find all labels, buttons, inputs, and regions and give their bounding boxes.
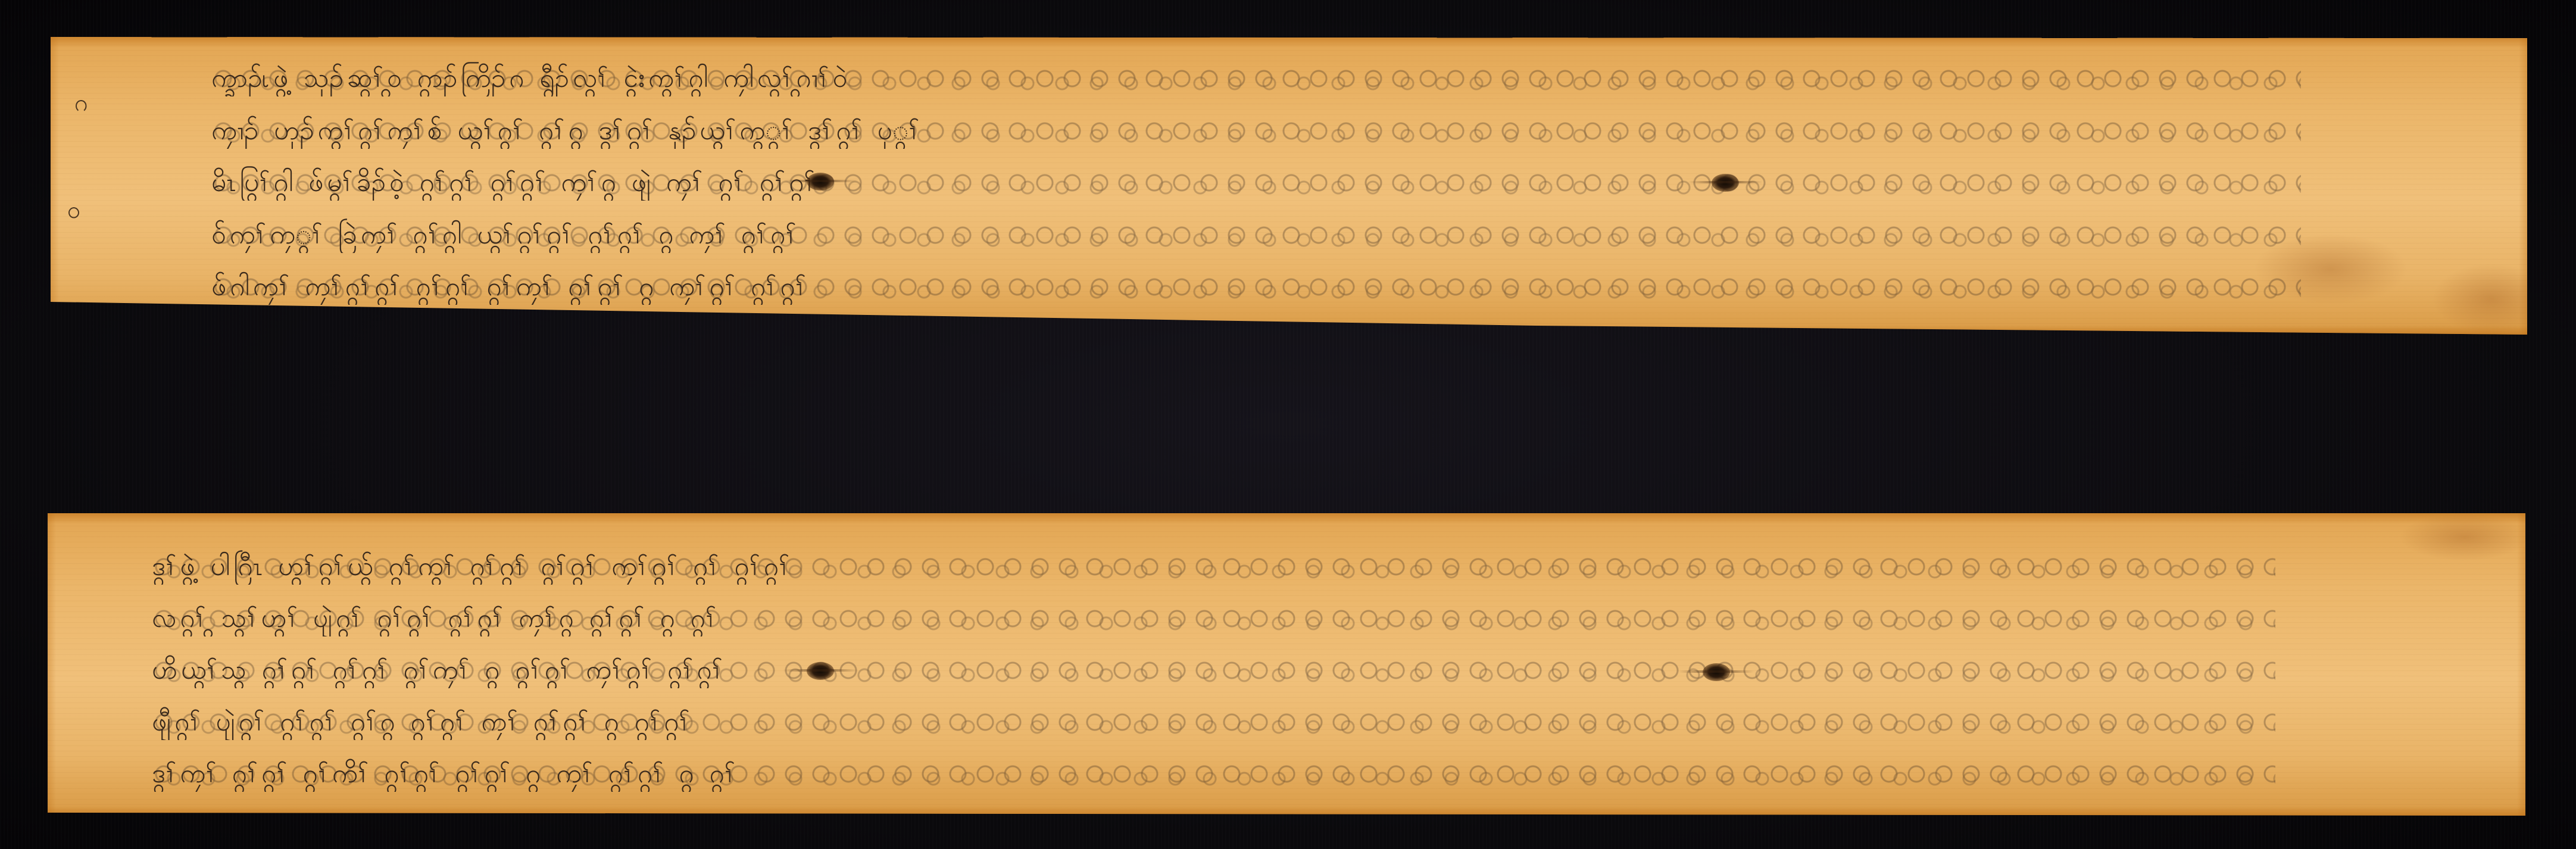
manuscript-line: ကၠၢၣ် ဟုၣ်ကွၢ်ဂ္ဂၢ်ကၠၢ်စ် ယ္ဂၢ်ဂွၢ် ဂ္ဂၢ… <box>211 113 2301 149</box>
manuscript-line: ဖ်ဂါကၠၢ် ကၠၢ်ဂ္ဂၢ်ဂွၢ် ဂ္ဂၢ်ဂ္ဂၢ် ဂ္ဂၢ်က… <box>211 269 2301 305</box>
string-hole-left <box>807 173 834 191</box>
manuscript-line: ဝ်ကၠၢ်ကၠွၢ် ခြဲကၠၢ် ဂ္ဂၢ်ဂ္ဂါ ယ္ဂၢ်ဂွၢ်ဂ… <box>211 217 2301 253</box>
manuscript-line: ဒ္ဂၢ်ကၠၢ် ဂ္ဂၢ်ဂ္ဂၢ် ဂ္ဂၢ်ကိၢ် ဂ္ဂၢ်ဂ္ဂၢ… <box>152 756 2275 792</box>
string-hole-right <box>1712 174 1739 192</box>
leaf-stain <box>2432 263 2527 335</box>
palm-leaf-top: ဂ ဝ က္ခာၣ်ၬဖွဲ့ သုၣ်ဆ္ဂွၢ်ဝ ဂ္ဂာၣ်ကြိၣ်ဂ… <box>51 37 2527 335</box>
manuscript-line: မိၤပြွၢ်ဂ္ဂါ ဖ်မ္ဂၢ်ခိၣ်ဝဲ့ ဂ္ဂၢ်ဂ္ဂၢ် ဂ… <box>211 165 2301 201</box>
string-hole-left <box>807 662 834 680</box>
manuscript-line: ဒ္ဂၢ်ဖွဲ့ ပါဂြီၤ ဟ္ဂၢ်ဂွၢ်ယွ် ဂ္ဂၢ်ကွၢ် … <box>152 549 2275 585</box>
manuscript-text-block: ဒ္ဂၢ်ဖွဲ့ ပါဂြီၤ ဟ္ဂၢ်ဂွၢ်ယွ် ဂ္ဂၢ်ကွၢ် … <box>152 549 2275 792</box>
string-hole-right <box>1703 663 1730 681</box>
manuscript-line: လဂ္ဂွၢ် သွၢ်ဟ္ဂၢ် ပျဲဂ္ဂၢ် ဂ္ဂၢ်ဂ္ဂၢ် ဂ္… <box>152 601 2275 636</box>
manuscript-line: က္ခာၣ်ၬဖွဲ့ သုၣ်ဆ္ဂွၢ်ဝ ဂ္ဂာၣ်ကြိၣ်ဂ ရ္ဂ… <box>211 61 2301 96</box>
manuscript-line: ဖျီဂ္ဂၢ် ပျဲဂ္ဂၢ် ဂ္ဂၢ်ဂ္ဂၢ် ဂ္ဂၢ်ဂွ ဂ္ဂ… <box>152 704 2275 740</box>
leaf-stain <box>2399 513 2525 561</box>
manuscript-line: ဟိယ္ဂၢ်သွ ဂ္ဂၢ်ဂ္ဂၢ် ဂ္ဂၢ်ဂ္ဂၢ် ဂ္ဂၢ်ကၠၢ… <box>152 653 2275 688</box>
palm-leaf-bottom: ဒ္ဂၢ်ဖွဲ့ ပါဂြီၤ ဟ္ဂၢ်ဂွၢ်ယွ် ဂ္ဂၢ်ကွၢ် … <box>48 513 2525 816</box>
margin-folio-mark: ဝ <box>67 195 80 230</box>
margin-folio-mark: ဂ <box>74 88 88 123</box>
manuscript-text-block: က္ခာၣ်ၬဖွဲ့ သုၣ်ဆ္ဂွၢ်ဝ ဂ္ဂာၣ်ကြိၣ်ဂ ရ္ဂ… <box>211 61 2301 305</box>
